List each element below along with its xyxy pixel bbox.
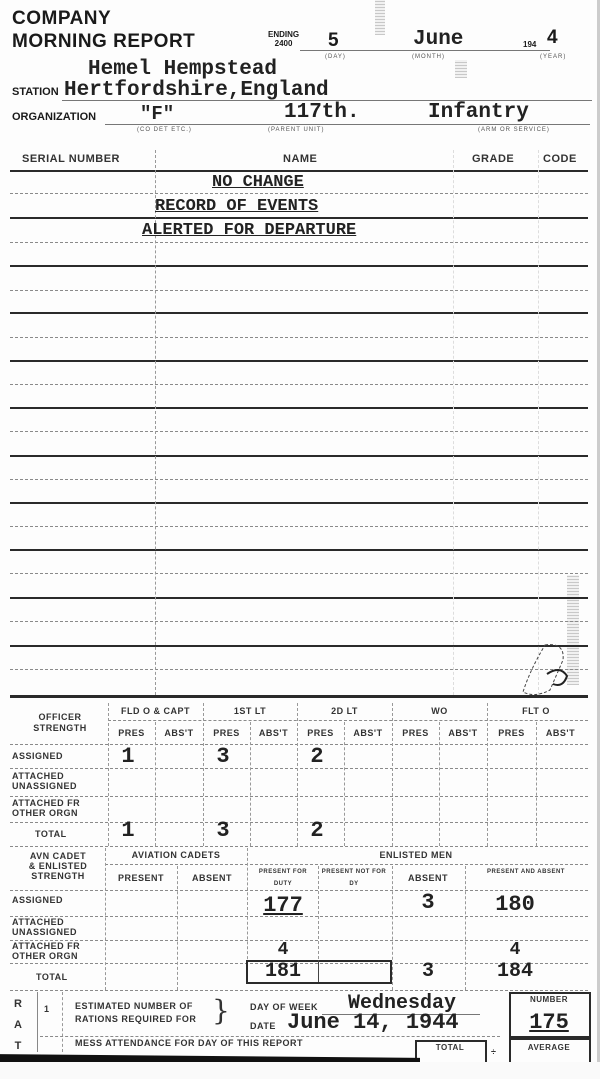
number-label: NUMBER xyxy=(509,995,589,1004)
rule-line xyxy=(10,360,588,362)
ending-label-1: ENDING xyxy=(268,30,299,39)
roster-divider-code xyxy=(538,150,539,695)
col-serial-number: SERIAL NUMBER xyxy=(22,153,120,165)
rule-line xyxy=(10,242,588,243)
group-flt-o: FLT O xyxy=(487,706,585,716)
paper-mark xyxy=(375,0,385,35)
rule-line xyxy=(40,1036,500,1037)
form-title-line1: COMPANY xyxy=(12,8,111,30)
sub-abst: ABS'T xyxy=(344,728,392,738)
sub-pres: PRES xyxy=(297,728,344,738)
rule-line xyxy=(10,455,588,457)
rule-line xyxy=(10,407,588,409)
report-year: 4 xyxy=(547,27,558,49)
rule-line xyxy=(10,265,588,267)
officer-assigned-1stlt-pres: 3 xyxy=(203,744,243,769)
rule-line xyxy=(10,431,588,432)
row-attached-other-label: ATTACHED FR OTHER ORGN xyxy=(12,941,80,961)
entry-alerted-for-departure: ALERTED FOR DEPARTURE xyxy=(142,221,356,240)
officer-total-1stlt-pres: 3 xyxy=(203,818,243,843)
arm-of-service: Infantry xyxy=(428,101,529,124)
officer-title-1: OFFICER xyxy=(20,712,100,723)
row-total-label: TOTAL xyxy=(36,972,68,982)
enlisted-title-3: STRENGTH xyxy=(12,871,104,881)
entry-record-of-events: RECORD OF EVENTS xyxy=(155,197,318,216)
brace-icon: } xyxy=(212,996,230,1026)
col-grade: GRADE xyxy=(472,153,514,165)
page-margin xyxy=(0,1062,600,1079)
officer-title-2: STRENGTH xyxy=(20,723,100,734)
ending-label: ENDING 2400 xyxy=(268,30,299,48)
rule-line xyxy=(10,337,588,338)
rule-line xyxy=(10,573,588,574)
enlisted-assigned-absent: 3 xyxy=(392,890,464,915)
station-label: STATION xyxy=(12,86,59,98)
row-total-label: TOTAL xyxy=(35,829,67,839)
enlisted-total-present-and-absent: 184 xyxy=(470,960,560,983)
station-line2: Hertfordshire,England xyxy=(64,79,329,102)
rule-line xyxy=(10,695,588,698)
officer-assigned-fldo-pres: 1 xyxy=(108,744,148,769)
col-divider xyxy=(318,866,319,964)
enlisted-title-1: AVN CADET xyxy=(12,851,104,861)
rule-line xyxy=(10,597,588,599)
row-attached-unassigned-label: ATTACHED UNASSIGNED xyxy=(12,771,77,791)
organization-underline xyxy=(105,124,590,125)
rule-line xyxy=(10,217,588,219)
report-day: 5 xyxy=(328,30,339,52)
group-aviation-cadets: AVIATION CADETS xyxy=(105,850,247,860)
rule-line xyxy=(10,846,588,847)
enlisted-total-present-for-duty: 181 xyxy=(252,960,314,983)
organization-label: ORGANIZATION xyxy=(12,111,96,123)
group-fld-o-capt: FLD O & CAPT xyxy=(108,706,203,716)
col-divider xyxy=(392,703,393,846)
rule-line xyxy=(10,312,588,314)
enlisted-assigned-present-and-absent: 180 xyxy=(470,892,560,917)
label-attached: ATTACHED xyxy=(12,771,77,781)
label-attached-fr: ATTACHED FR xyxy=(12,941,80,951)
estimated-rations-label: ESTIMATED NUMBER OF RATIONS REQUIRED FOR xyxy=(75,1000,196,1026)
enlisted-assigned-present-for-duty: 177 xyxy=(252,893,314,918)
col-cadet-absent: ABSENT xyxy=(177,873,247,883)
rule-line xyxy=(10,549,588,551)
rule-line xyxy=(10,502,588,504)
col-present-not-for-duty: PRESENT NOT FOR DY xyxy=(318,866,390,890)
enlisted-strength-title: AVN CADET & ENLISTED STRENGTH xyxy=(12,851,104,881)
group-1st-lt: 1ST LT xyxy=(203,706,297,716)
col-divider xyxy=(250,722,251,846)
rule-line xyxy=(108,720,588,721)
estimated-label-2: RATIONS REQUIRED FOR xyxy=(75,1013,196,1026)
average-label: AVERAGE xyxy=(509,1043,589,1052)
col-divider xyxy=(247,848,248,964)
day-caption: (DAY) xyxy=(325,54,346,60)
label-unassigned: UNASSIGNED xyxy=(12,781,77,791)
group-enlisted-men: ENLISTED MEN xyxy=(247,850,585,860)
col-present-for-duty: PRESENT FOR DUTY xyxy=(252,866,314,890)
rule-line xyxy=(10,621,588,622)
col-code: CODE xyxy=(543,153,577,165)
entry-no-change: NO CHANGE xyxy=(212,173,304,192)
label-attached: ATTACHED xyxy=(12,917,77,927)
ration-number-value: 175 xyxy=(509,1010,589,1035)
sub-pres: PRES xyxy=(487,728,536,738)
officer-total-2dlt-pres: 2 xyxy=(297,818,337,843)
parent-unit-caption: (PARENT UNIT) xyxy=(268,127,324,133)
station-line1: Hemel Hempstead xyxy=(88,58,277,81)
company-caption: (CO DET ETC.) xyxy=(137,127,192,133)
sub-abst: ABS'T xyxy=(536,728,585,738)
month-caption: (MONTH) xyxy=(412,54,445,60)
label-other-orgn: OTHER ORGN xyxy=(12,808,80,818)
sub-pres: PRES xyxy=(392,728,439,738)
officer-assigned-2dlt-pres: 2 xyxy=(297,744,337,769)
col-divider xyxy=(487,703,488,846)
paper-mark xyxy=(455,60,467,78)
pencil-sketch-icon xyxy=(505,640,585,700)
total-box-divider xyxy=(318,960,319,982)
rule-line xyxy=(10,170,588,172)
group-wo: WO xyxy=(392,706,487,716)
rule-line xyxy=(10,990,588,991)
officer-total-fldo-pres: 1 xyxy=(108,818,148,843)
group-2d-lt: 2D LT xyxy=(297,706,392,716)
rule-line xyxy=(10,193,588,194)
col-cadet-present: PRESENT xyxy=(105,873,177,883)
rations-side-letters: R A T xyxy=(14,994,22,1057)
rations-divider xyxy=(37,992,38,1052)
sub-abst: ABS'T xyxy=(439,728,487,738)
divide-sign: ÷ xyxy=(491,1045,497,1059)
year-prefix: 194 xyxy=(523,40,536,49)
col-name: NAME xyxy=(283,153,317,165)
rule-line xyxy=(10,669,588,670)
year-caption: (YEAR) xyxy=(540,54,566,60)
rule-line xyxy=(10,526,588,527)
col-divider xyxy=(177,866,178,990)
col-divider xyxy=(105,848,106,990)
arm-caption: (ARM OR SERVICE) xyxy=(478,127,550,133)
side-letter-a: A xyxy=(14,1015,22,1036)
col-divider xyxy=(536,722,537,846)
label-unassigned: UNASSIGNED xyxy=(12,927,77,937)
company-designation: "F" xyxy=(140,103,174,125)
row-attached-unassigned-label: ATTACHED UNASSIGNED xyxy=(12,917,77,937)
label-attached-fr: ATTACHED FR xyxy=(12,798,80,808)
enlisted-total-absent: 3 xyxy=(392,960,464,983)
row-assigned-label: ASSIGNED xyxy=(12,751,63,761)
report-month: June xyxy=(413,28,463,51)
rule-line xyxy=(10,290,588,291)
sub-abst: ABS'T xyxy=(155,728,203,738)
col-divider xyxy=(465,866,466,990)
col-divider xyxy=(344,722,345,846)
total-label: TOTAL xyxy=(415,1043,485,1052)
ration-date-value: June 14, 1944 xyxy=(287,1010,459,1035)
side-letter-r: R xyxy=(14,994,22,1015)
rule-line xyxy=(10,890,588,891)
sub-pres: PRES xyxy=(108,728,155,738)
mess-attendance-label: MESS ATTENDANCE FOR DAY OF THIS REPORT xyxy=(75,1038,303,1048)
sub-pres: PRES xyxy=(203,728,250,738)
estimated-label-1: ESTIMATED NUMBER OF xyxy=(75,1000,196,1013)
rations-divider xyxy=(62,992,63,1052)
col-divider xyxy=(439,722,440,846)
rule-line xyxy=(10,479,588,480)
form-title-line2: MORNING REPORT xyxy=(12,31,195,53)
rule-line xyxy=(10,384,588,385)
enlisted-attached-present-and-absent: 4 xyxy=(470,940,560,960)
parent-unit: 117th. xyxy=(284,101,360,124)
row-attached-other-label: ATTACHED FR OTHER ORGN xyxy=(12,798,80,818)
rule-line xyxy=(10,796,588,797)
rule-line xyxy=(105,864,588,865)
roster-divider-grade xyxy=(453,150,454,695)
label-other-orgn: OTHER ORGN xyxy=(12,951,80,961)
date-label: DATE xyxy=(250,1021,276,1031)
ration-row-number: 1 xyxy=(44,1004,50,1014)
row-assigned-label: ASSIGNED xyxy=(12,895,63,905)
enlisted-title-2: & ENLISTED xyxy=(12,861,104,871)
rule-line xyxy=(10,645,588,647)
ending-label-2: 2400 xyxy=(268,39,299,48)
sub-abst: ABS'T xyxy=(250,728,297,738)
col-divider xyxy=(155,722,156,846)
col-present-and-absent: PRESENT AND ABSENT xyxy=(470,866,582,878)
officer-strength-title: OFFICER STRENGTH xyxy=(20,712,100,734)
col-enlisted-absent: ABSENT xyxy=(392,873,464,883)
enlisted-attached-present-for-duty: 4 xyxy=(252,940,314,960)
